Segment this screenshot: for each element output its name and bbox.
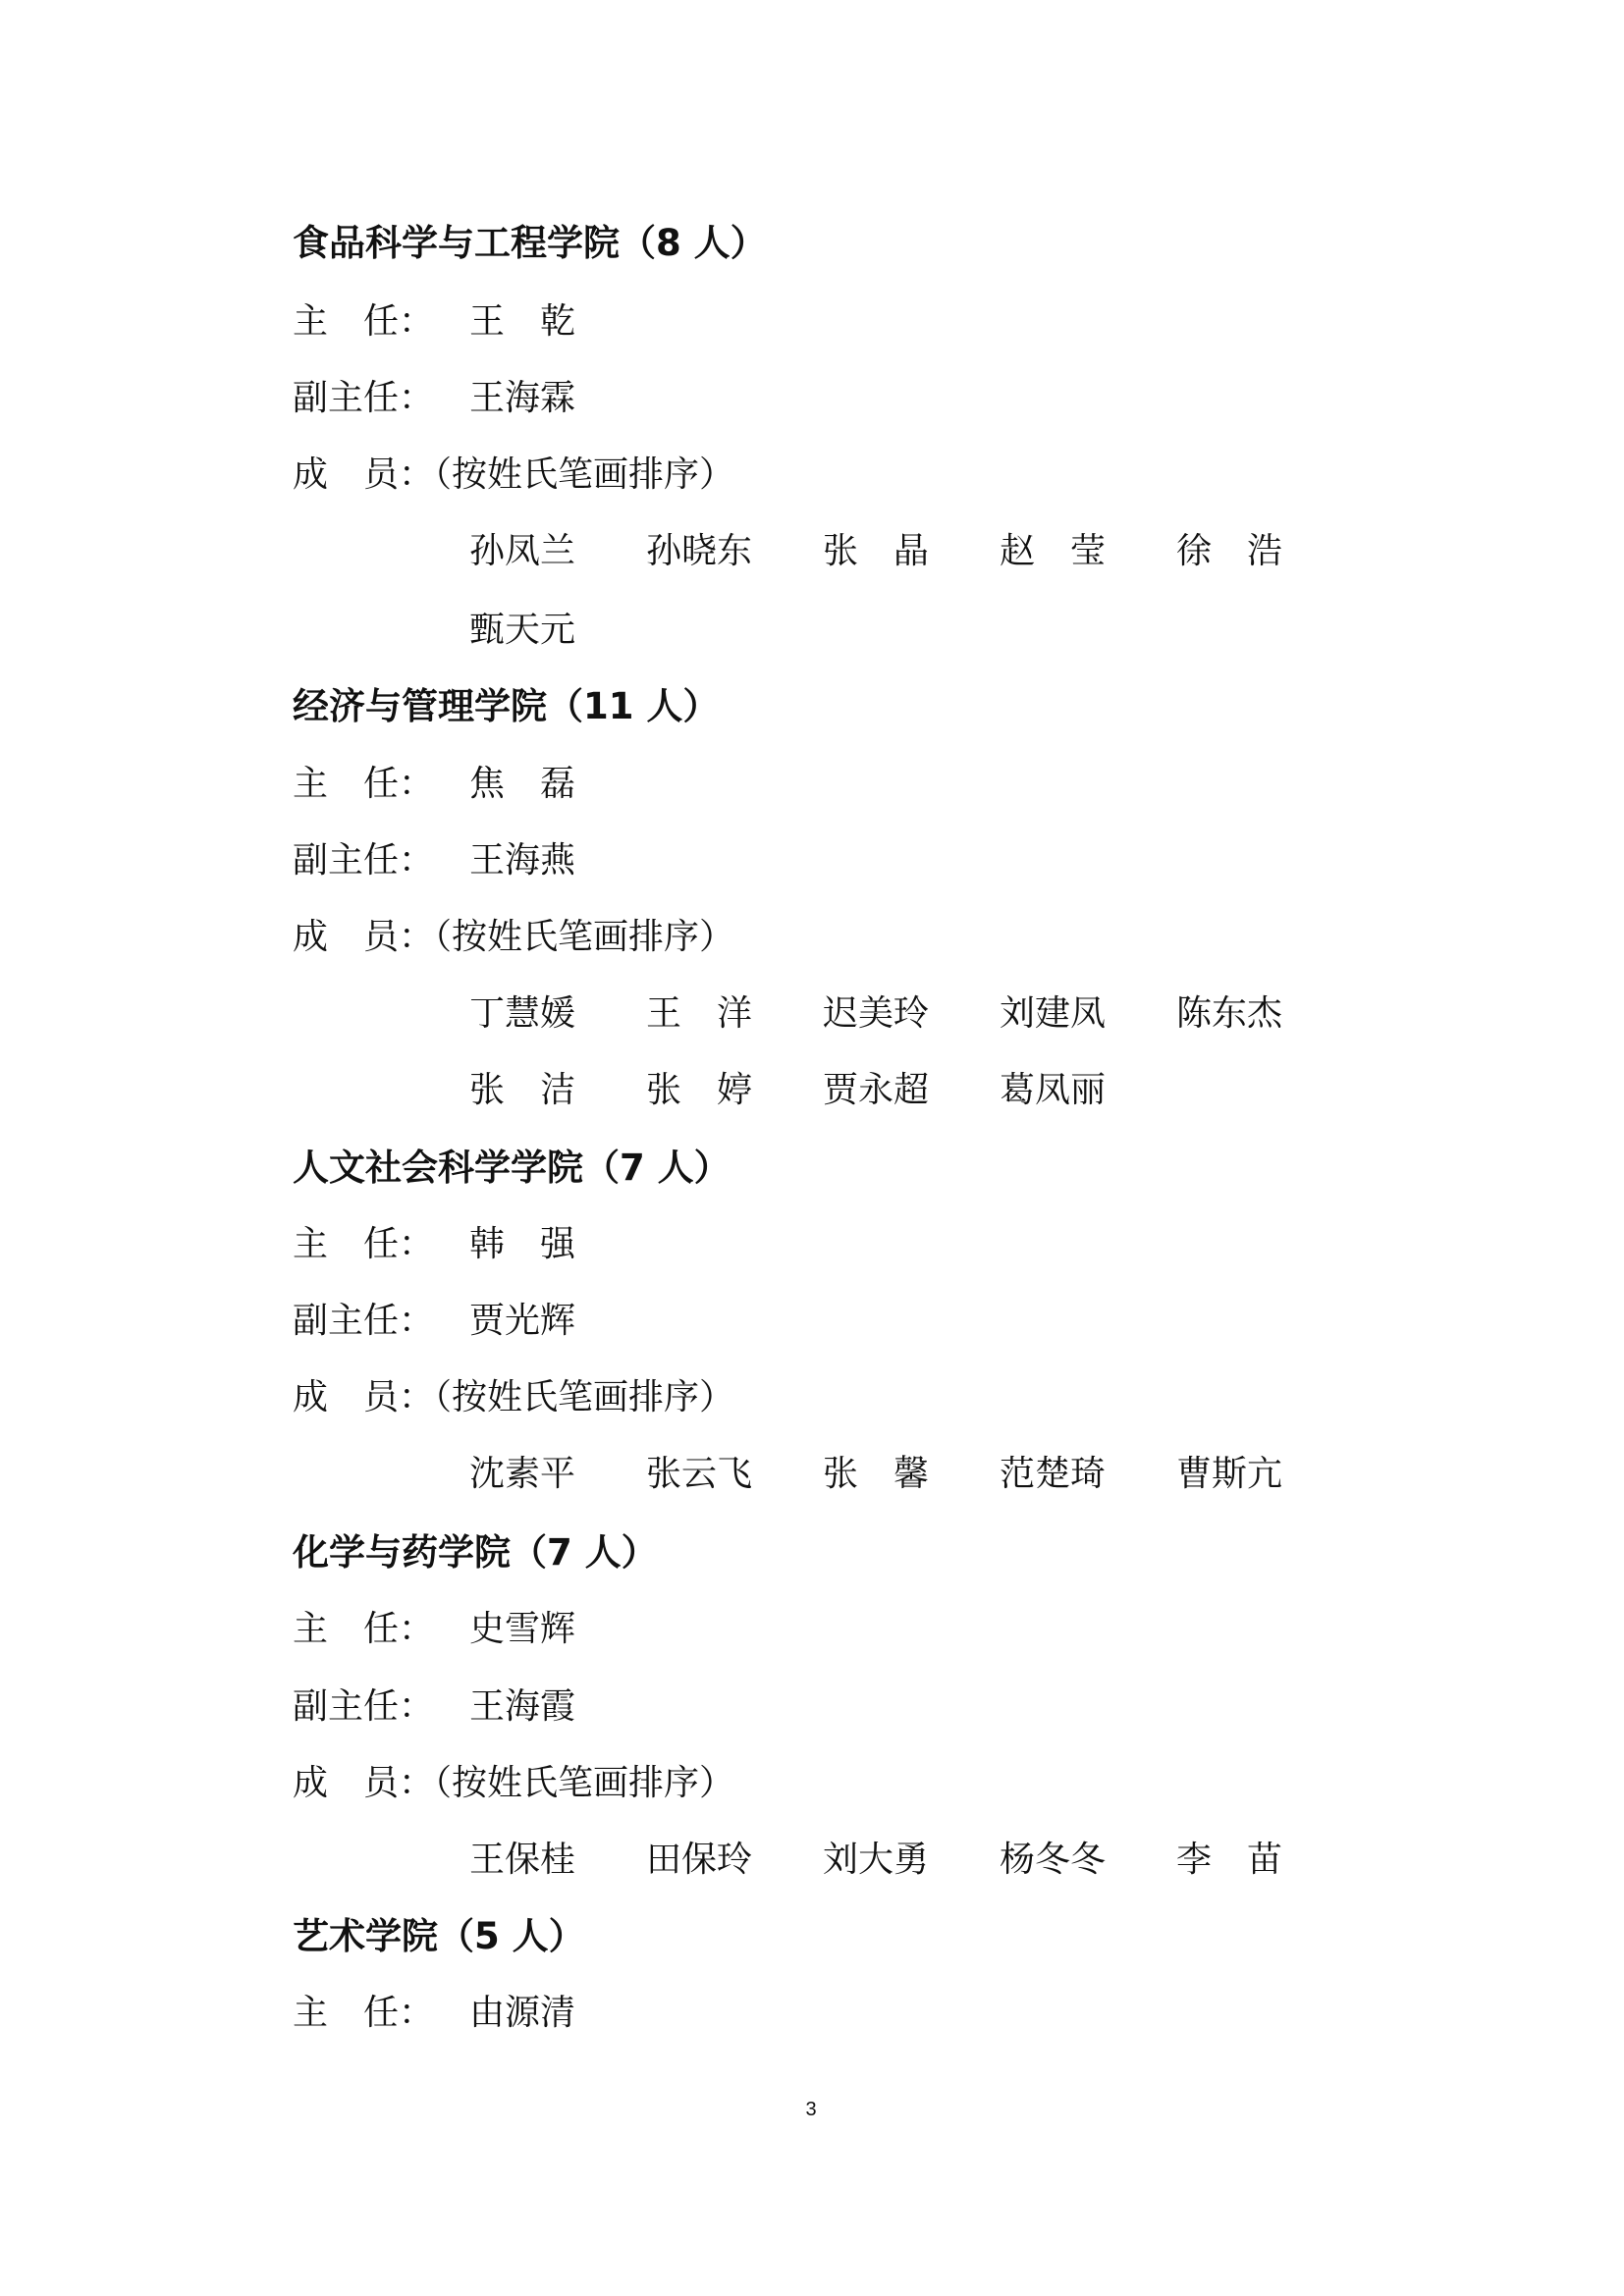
members-note: （按姓氏笔画排序） (434, 1377, 734, 1417)
members-label: 成 员： (293, 1377, 434, 1417)
director-row: 主 任：由源清 (293, 1975, 575, 2052)
director-label: 主 任： (293, 1975, 469, 2052)
member-name: 葛凤丽 (1000, 1052, 1176, 1129)
member-name: 陈东杰 (1176, 976, 1353, 1052)
deputy-name: 王海霞 (469, 1686, 575, 1727)
members-label: 成 员： (293, 917, 434, 957)
director-label: 主 任： (293, 284, 469, 360)
director-name: 焦 磊 (469, 764, 575, 804)
member-names-row: 甄天元 (469, 592, 646, 668)
members-row: 成 员：（按姓氏笔画排序） (293, 1745, 734, 1822)
member-name: 孙凤兰 (469, 513, 646, 590)
section-title: 艺术学院（5 人） (293, 1898, 585, 1975)
member-names-row: 丁慧媛王 洋迟美玲刘建凤陈东杰 (469, 976, 1353, 1052)
members-note: （按姓氏笔画排序） (434, 454, 734, 495)
member-name: 贾永超 (823, 1052, 1000, 1129)
member-names-row: 孙凤兰孙晓东张 晶赵 莹徐 浩 (469, 513, 1353, 590)
deputy-row: 副主任：王海霞 (293, 1669, 575, 1745)
members-label: 成 员： (293, 1763, 434, 1803)
director-name: 王 乾 (469, 301, 575, 342)
member-names-row: 王保桂田保玲刘大勇杨冬冬李 苗 (469, 1822, 1353, 1898)
member-name: 张 晶 (823, 513, 1000, 590)
members-row: 成 员：（按姓氏笔画排序） (293, 899, 734, 976)
member-name: 刘建凤 (1000, 976, 1176, 1052)
director-row: 主 任：韩 强 (293, 1206, 575, 1283)
member-name: 张云飞 (646, 1436, 823, 1513)
section-title: 化学与药学院（7 人） (293, 1515, 658, 1591)
member-name: 迟美玲 (823, 976, 1000, 1052)
deputy-row: 副主任：王海燕 (293, 823, 575, 899)
member-name: 甄天元 (469, 592, 646, 668)
member-name: 王保桂 (469, 1822, 646, 1898)
member-name: 王 洋 (646, 976, 823, 1052)
member-names-row: 沈素平张云飞张 馨范楚琦曹斯亢 (469, 1436, 1353, 1513)
member-name: 孙晓东 (646, 513, 823, 590)
deputy-name: 王海霖 (469, 378, 575, 418)
member-names-row: 张 洁张 婷贾永超葛凤丽 (469, 1052, 1176, 1129)
member-name: 田保玲 (646, 1822, 823, 1898)
director-label: 主 任： (293, 746, 469, 823)
section-title: 经济与管理学院（11 人） (293, 668, 719, 745)
deputy-row: 副主任：贾光辉 (293, 1283, 575, 1360)
member-name: 李 苗 (1176, 1822, 1353, 1898)
deputy-name: 贾光辉 (469, 1301, 575, 1341)
director-row: 主 任：焦 磊 (293, 746, 575, 823)
page-number: 3 (799, 2099, 823, 2121)
members-label: 成 员： (293, 454, 434, 495)
member-name: 徐 浩 (1176, 513, 1353, 590)
director-label: 主 任： (293, 1591, 469, 1668)
deputy-label: 副主任： (293, 823, 469, 899)
director-name: 由源清 (469, 1993, 575, 2033)
section-title: 食品科学与工程学院（8 人） (293, 205, 767, 282)
director-row: 主 任：史雪辉 (293, 1591, 575, 1668)
member-name: 张 馨 (823, 1436, 1000, 1513)
deputy-label: 副主任： (293, 1283, 469, 1360)
director-name: 史雪辉 (469, 1609, 575, 1649)
deputy-name: 王海燕 (469, 840, 575, 881)
members-note: （按姓氏笔画排序） (434, 917, 734, 957)
member-name: 范楚琦 (1000, 1436, 1176, 1513)
document-page: 食品科学与工程学院（8 人） 主 任：王 乾 副主任：王海霖 成 员：（按姓氏笔… (0, 0, 1624, 2296)
member-name: 曹斯亢 (1176, 1436, 1353, 1513)
deputy-label: 副主任： (293, 1669, 469, 1745)
deputy-row: 副主任：王海霖 (293, 360, 575, 437)
member-name: 张 洁 (469, 1052, 646, 1129)
member-name: 赵 莹 (1000, 513, 1176, 590)
director-name: 韩 强 (469, 1224, 575, 1264)
director-label: 主 任： (293, 1206, 469, 1283)
member-name: 沈素平 (469, 1436, 646, 1513)
members-row: 成 员：（按姓氏笔画排序） (293, 1360, 734, 1436)
section-title: 人文社会科学学院（7 人） (293, 1130, 731, 1206)
director-row: 主 任：王 乾 (293, 284, 575, 360)
member-name: 刘大勇 (823, 1822, 1000, 1898)
members-note: （按姓氏笔画排序） (434, 1763, 734, 1803)
member-name: 杨冬冬 (1000, 1822, 1176, 1898)
member-name: 张 婷 (646, 1052, 823, 1129)
deputy-label: 副主任： (293, 360, 469, 437)
member-name: 丁慧媛 (469, 976, 646, 1052)
members-row: 成 员：（按姓氏笔画排序） (293, 437, 734, 513)
